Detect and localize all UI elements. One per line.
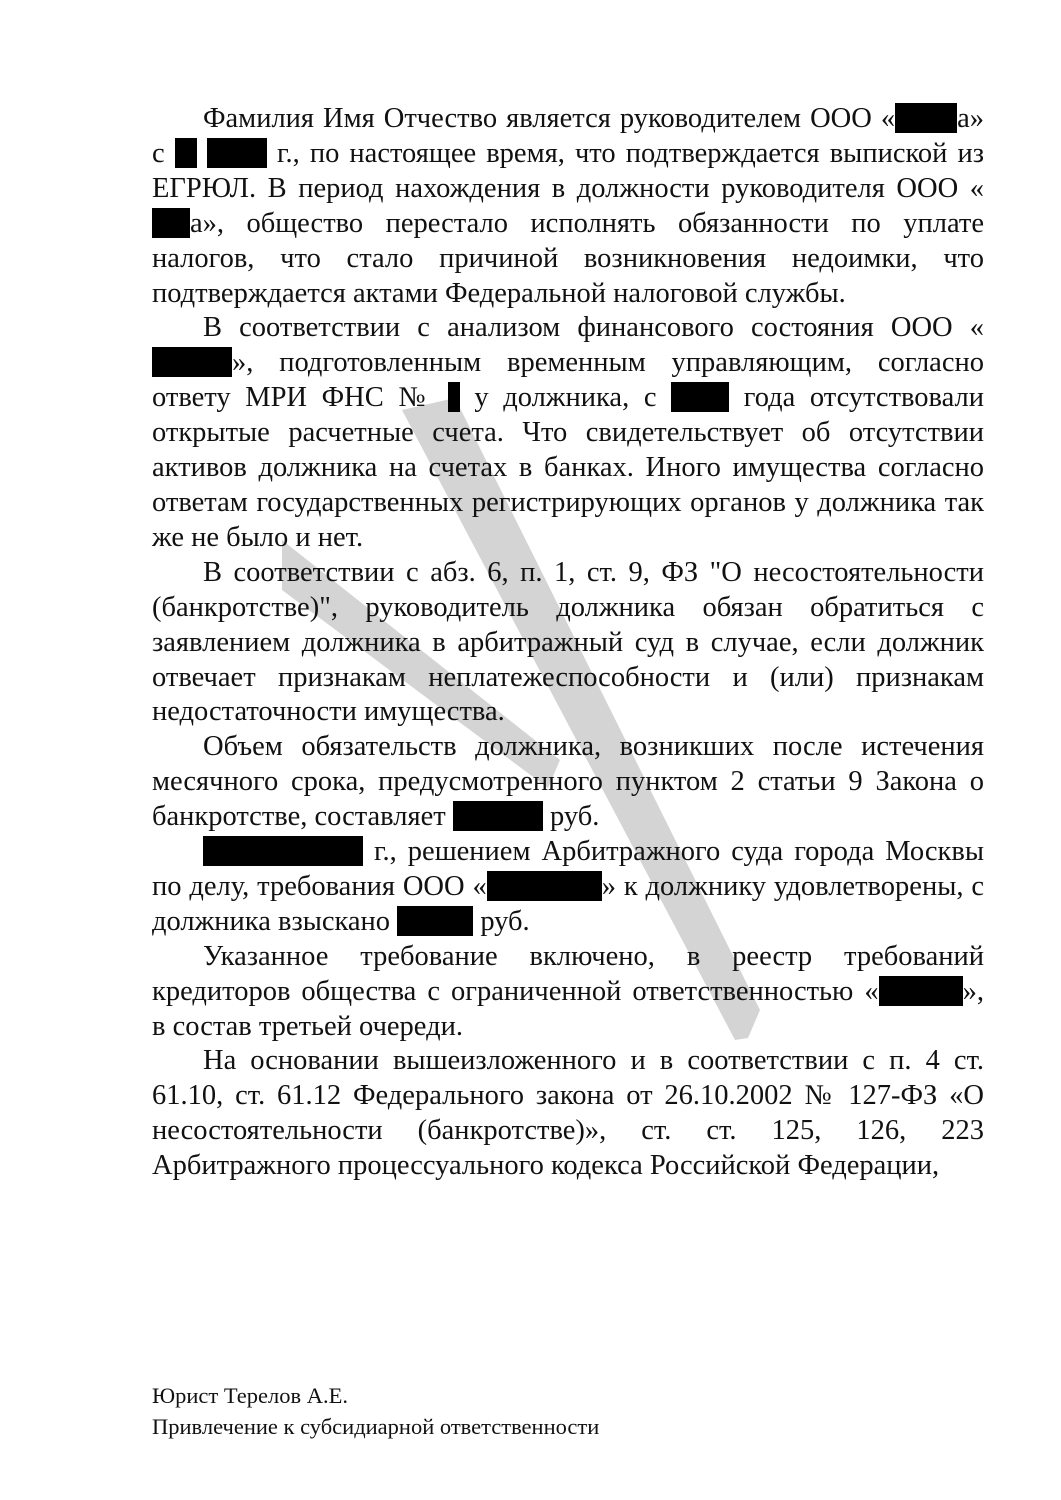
footer-author: Юрист Терелов А.Е. xyxy=(152,1380,599,1411)
paragraph-text: руб. xyxy=(473,906,530,937)
paragraph-text: руб. xyxy=(543,801,600,832)
paragraph-p6: Указанное требование включено, в реестр … xyxy=(152,940,984,1045)
redaction-block xyxy=(152,208,190,238)
paragraph-p2: В соответствии с анализом финансового со… xyxy=(152,311,984,555)
redaction-block xyxy=(448,382,460,412)
paragraph-text: г., по настоящее время, что подтверждает… xyxy=(152,138,984,204)
redaction-block xyxy=(152,347,232,377)
redaction-block xyxy=(895,103,957,133)
redaction-block xyxy=(207,138,267,168)
paragraph-p1: Фамилия Имя Отчество является руководите… xyxy=(152,102,984,311)
redaction-block xyxy=(671,382,729,412)
paragraph-text: Фамилия Имя Отчество является руководите… xyxy=(203,103,895,134)
paragraph-p7: На основании вышеизложенного и в соответ… xyxy=(152,1044,984,1184)
paragraph-text: Указанное требование включено, в реестр … xyxy=(152,941,984,1007)
redaction-block xyxy=(487,871,602,901)
paragraph-p3: В соответствии с абз. 6, п. 1, ст. 9, ФЗ… xyxy=(152,556,984,731)
paragraph-text: В соответствии с анализом финансового со… xyxy=(203,312,984,343)
redaction-block xyxy=(175,138,197,168)
document-footer: Юрист Терелов А.Е. Привлечение к субсиди… xyxy=(152,1380,599,1442)
redaction-block xyxy=(397,906,473,936)
redaction-block xyxy=(203,836,363,866)
paragraph-text: В соответствии с абз. 6, п. 1, ст. 9, ФЗ… xyxy=(152,557,984,728)
paragraph-text xyxy=(197,138,207,169)
paragraph-p4: Объем обязательств должника, возникших п… xyxy=(152,730,984,835)
paragraph-text: а», общество перестало исполнять обязанн… xyxy=(152,208,984,309)
paragraph-p5: г., решением Арбитражного суда города Мо… xyxy=(152,835,984,940)
document-body: Фамилия Имя Отчество является руководите… xyxy=(152,102,984,1184)
paragraph-text: На основании вышеизложенного и в соответ… xyxy=(152,1045,984,1181)
paragraph-text: у должника, с xyxy=(460,382,671,413)
redaction-block xyxy=(453,801,543,831)
redaction-block xyxy=(879,976,963,1006)
footer-subject: Привлечение к субсидиарной ответственнос… xyxy=(152,1411,599,1442)
document-page: Фамилия Имя Отчество является руководите… xyxy=(0,0,1061,1500)
